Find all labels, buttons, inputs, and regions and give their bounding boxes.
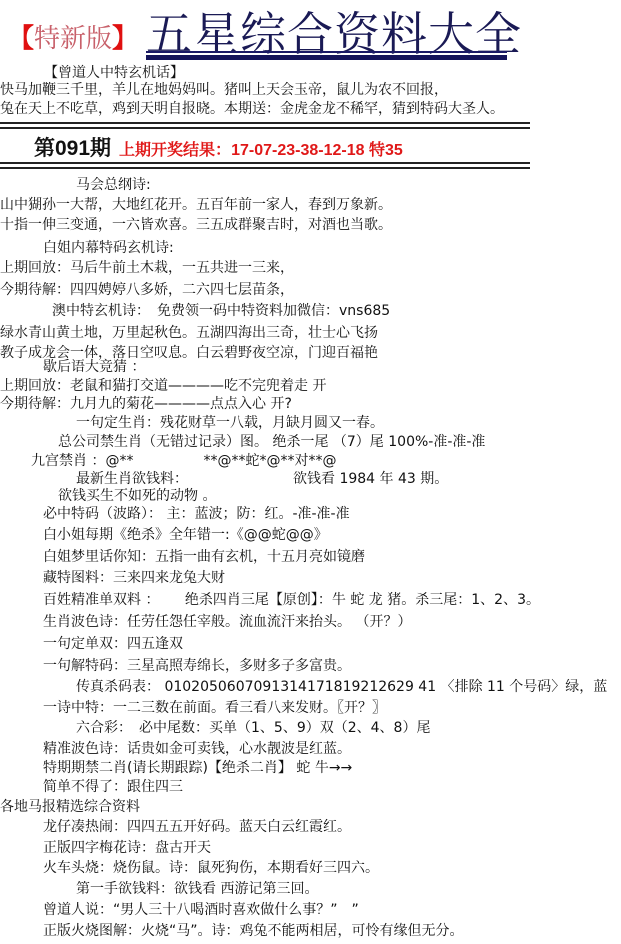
edition-bracket-close: 】 [112,24,138,54]
content-line: 一句定生肖：残花财草一八载，月缺月圆又一春。 [76,414,384,432]
intro-line: 快马加鞭三千里，羊儿在地妈妈叫。猪叫上天会玉帝，鼠儿为农不回报， [0,81,448,99]
double-divider [0,162,530,169]
edition-badge: 【特新版】 [8,18,138,55]
content-line: 上期回放：马后牛前土木栽，一五共进一三来， [0,259,294,277]
content-line: 最新生肖欲钱料： 欲钱看 1984 年 43 期。 [76,470,448,488]
content-line: 白姐梦里话你知：五指一曲有玄机，十五月亮如镜磨 [43,548,365,566]
content-line: 今期待解：九月九的菊花————点点入心 开? [0,395,292,413]
content-line: 龙仔凑热闹：四四五五开好码。蓝天白云红霞红。 [43,818,351,836]
content-line: 九宫禁肖 ：@** **@**蛇*@**对**@ [31,452,336,470]
content-line: 精准波色诗：话贵如金可卖钱，心水靓波是红蓝。 [43,740,351,758]
content-line: 火车头烧：烧伤鼠。诗：鼠死狗伤，本期看好三四六。 [43,859,379,877]
content-line: 上期回放：老鼠和猫打交道————吃不完兜着走 开 [0,377,326,395]
content-line: 山中猢孙一大帮，大地红花开。五百年前一家人，春到万象新。 [0,196,392,214]
content-line: 正版火烧图解：火烧“马”。诗：鸡兔不能两相居，可怜有缘但无分。 [43,922,464,940]
content-line: 各地马报精选综合资料 [0,798,140,816]
content-line: 六合彩： 必中尾数：买单（1、5、9）双（2、4、8）尾 [76,719,430,737]
intro-heading: 【曾道人中特玄机话】 [44,64,184,82]
content-line: 百姓精准单双料 ： 绝杀四肖三尾【原创】：牛 蛇 龙 猪。杀三尾：1、2、3。 [43,591,540,609]
result-special: 特35 [369,142,403,159]
content-line: 绿水青山黄土地，万里起秋色。五湖四海出三奇，壮士心飞扬 [0,324,378,342]
content-line: 第一手欲钱料：欲钱看 西游记第三回。 [76,880,318,898]
issue-row: 第091期上期开奖结果：17-07-23-38-12-18 特35 [34,132,403,162]
page-header: 【特新版】 五星综合资料大全 [0,0,621,62]
content-line: 藏特图料：三来四来龙兔大财 [43,569,225,587]
content-line: 一句解特码：三星高照寿绵长，多财多子多富贵。 [43,657,351,675]
result-label: 上期开奖结果： [119,142,231,159]
content-line: 简单不得了：跟住四三 [43,778,183,796]
title-underline-thick [146,55,507,60]
content-line: 生肖波色诗：任劳任怨任宰般。流血流汗来抬头。 （开？） [43,613,411,631]
title-underline-thin [146,51,507,53]
content-line: 一句定单双：四五逢双 [43,635,183,653]
issue-number: 第091期 [34,137,111,160]
edition-label: 特新版 [34,24,112,54]
result-numbers: 17-07-23-38-12-18 [231,142,364,159]
content-line: 白姐内幕特码玄机诗: [43,239,174,257]
content-line: 必中特码（波路）： 主：蓝波；防：红。-准-准-准 [43,505,350,523]
content-line: 澳中特玄机诗： 免费领一码中特资料加微信：vns685 [52,302,390,320]
edition-bracket-open: 【 [8,24,34,54]
content-line: 总公司禁生肖（无错过记录）图。 绝杀一尾 （7）尾 100%-准-准-准 [58,433,485,451]
content-line: 十指一伸三变通，一六皆欢喜。三五成群聚吉时，对酒也当歌。 [0,216,392,234]
content-line: 歇后语大竞猜 ： [43,358,145,376]
content-line: 曾道人说：“男人三十八喝酒时喜欢做什么事？” ” [43,901,359,919]
intro-line: 兔在天上不吃草，鸡到天明自报晓。本期送：金虎金龙不稀罕，猜到特码大圣人。 [0,100,504,118]
content-line: 今期待解：四四娉婷八多娇，二六四七层苗条， [0,281,294,299]
last-result: 上期开奖结果：17-07-23-38-12-18 特35 [119,142,403,159]
double-divider [0,122,530,129]
content-line: 欲钱买生不如死的动物 。 [58,487,216,505]
content-line: 一诗中特：一二三数在前面。看三看八来发财。〖开？〗 [43,699,386,717]
content-line: 正版四字梅花诗：盘古开天 [43,839,211,857]
content-line: 白小姐每期《绝杀》全年错一:《@@蛇@@》 [43,526,328,544]
content-line: 特期期禁二肖(请长期跟踪)【绝杀二肖】 蛇 牛→→ [43,759,352,777]
content-line: 传真杀码表： 0102050607091314171819212629 41 〈… [76,678,607,696]
content-line: 马会总纲诗: [76,176,151,194]
